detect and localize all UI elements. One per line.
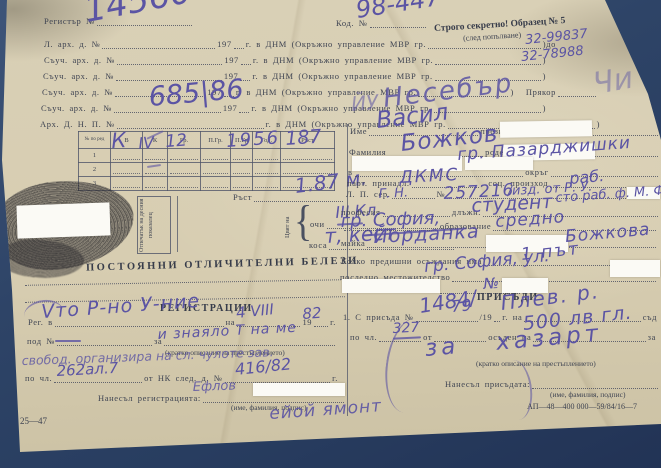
archive-label: Съуч. арх. д. №: [41, 103, 112, 113]
pen-dash: [55, 340, 81, 342]
redaction-box: [342, 279, 440, 293]
name-label: Име: [350, 126, 367, 136]
paper-sheet: Регистър № 14560 Код. № 98-447 Строго се…: [0, 0, 661, 468]
sentence-entered-line: Нанесъл присъдата:: [445, 379, 660, 389]
form-code: 25—47: [20, 416, 47, 426]
hw-table-year: 1956: [226, 129, 281, 151]
entered-registration-label: Нанесъл регистрацията:: [98, 393, 201, 403]
eyes-label: очи: [310, 219, 325, 229]
color-of-label: Цвят на: [283, 204, 293, 250]
hw-education: средно: [495, 209, 566, 231]
hw-signature: ейой ямонт: [269, 398, 383, 423]
hw-street-number-sign: №: [483, 276, 500, 292]
archive-label: Съуч. арх. д. №: [42, 87, 113, 97]
table-rule: [177, 196, 178, 252]
print-run-code: АП—48—400 000—59/84/16—7: [527, 402, 637, 411]
archive-label: Съуч. арх. д. №: [43, 71, 114, 81]
fingerprint-label-box: Отпечатък на десния показалец: [137, 196, 171, 254]
description-caption: (кратко описание на престъплението): [476, 359, 596, 368]
entered-sentence-label: Нанесъл присъдата:: [445, 379, 530, 389]
hw-registration-date: 4 VIII: [235, 302, 274, 321]
marks-title: ПОСТОЯННИ ОТЛИЧИТЕЛНИ БЕЛЕЗИ: [86, 255, 359, 273]
archive-row-5: Съуч. арх. д. № 197 г. в ДНМ (Окръжно уп…: [41, 103, 546, 113]
photo-of-registration-card: Регистър № 14560 Код. № 98-447 Строго се…: [0, 0, 661, 468]
fingerprint-label: Отпечатък на десния показалец: [138, 197, 156, 253]
archive-label: Съуч. арх. д. №: [44, 55, 115, 65]
hw-table-gr: 12: [165, 133, 188, 151]
dnm-text: г. в ДНМ (Окръжно управление МВР гр.: [246, 39, 426, 49]
hw-table-v: К: [111, 130, 127, 152]
mother-label: майка: [341, 238, 365, 248]
hw-scribble: Чи: [591, 63, 636, 100]
archive-row-1: Л. арх. д. № 197 г. в ДНМ (Окръжно управ…: [44, 39, 556, 49]
redaction-box: [610, 260, 660, 277]
nickname-label: Прякор: [526, 87, 556, 97]
hw-passport-series: Г. Н.: [378, 186, 408, 201]
court-label: съд: [643, 312, 657, 322]
hw-article: 262ал.7: [56, 361, 118, 379]
under-number-label: под №: [27, 336, 55, 346]
hw-sentence-article: 327: [392, 321, 419, 336]
height-label: Ръст: [233, 192, 252, 202]
col-header: № по ред: [79, 132, 111, 149]
redaction-box: [500, 120, 592, 138]
hw-table-height: 187: [285, 128, 323, 149]
hw-registrar-name: Ефлов: [193, 379, 237, 394]
signature-caption: (име, фамилия, подпис): [550, 390, 625, 399]
hw-table-k: IV: [138, 135, 155, 152]
hw-registration-year: 82: [302, 306, 322, 322]
hw-case-number: 685|86: [148, 76, 245, 111]
archive-label: Л. арх. д. №: [44, 39, 100, 49]
dotted-line: [370, 24, 426, 28]
redaction-box: [16, 202, 110, 238]
year-prefix: 197: [217, 39, 232, 49]
archive-label: Арх. Д. Н. П. №: [40, 119, 115, 129]
hw-sentence-year: 79: [451, 297, 473, 315]
hw-crime: за хазарт: [424, 323, 603, 361]
dotted-line: [25, 278, 345, 286]
archive-row-2: Съуч. арх. д. № 197 г. в ДНМ (Окръжно уп…: [44, 55, 546, 65]
